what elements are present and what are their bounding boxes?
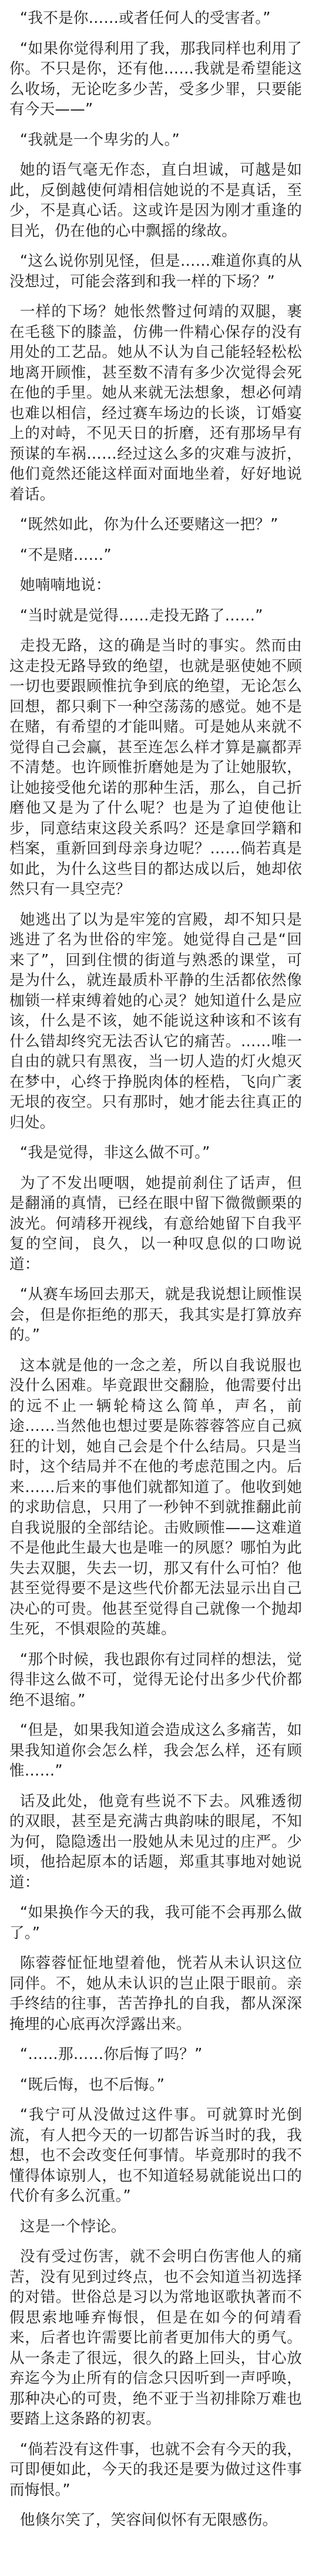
paragraph: “这么说你别见怪，但是……难道你真的从没想过，可能会落到和我一样的下场？” [9,251,302,292]
paragraph: 陈蓉蓉怔怔地望着他，恍若从未认识这位同伴。不，她从未认识的岂止限于眼前。亲手终结… [9,1953,302,2034]
paragraph: “那个时候，我也跟你有过同样的想法，觉得非这么做不可，觉得无论付出多少代价都绝不… [9,1650,302,1711]
paragraph: “既然如此，你为什么还要赌这一把？” [9,515,302,535]
paragraph: “但是，如果我知道会造成这么多痛苦，如果我知道你会怎么样，我会怎么样，还有顾惟…… [9,1720,302,1781]
reading-page: “我不是你……或者任何人的受害者。” “如果你觉得利用了我，那我同样也利用了你。… [0,0,329,2576]
paragraph: 一样的下场？她怅然瞥过何靖的双腿，裹在毛毯下的膝盖，仿佛一件精心保存的没有用处的… [9,302,302,505]
paragraph: 这是一个悖论。 [9,2217,302,2237]
paragraph: “如果你觉得利用了我，那我同样也利用了你。不只是你，还有他……我就是希望能这么收… [9,39,302,120]
paragraph: “我是觉得，非这么做不可。” [9,1143,302,1163]
paragraph: “如果换作今天的我，我可能不会再那么做了。” [9,1903,302,1943]
paragraph: 这本就是他的一念之差，所以自我说服也没什么困难。毕竟跟世交翻脸，他需要付出的远不… [9,1356,302,1640]
paragraph: 话及此处，他竟有些说不下去。风雅透彻的双眼，甚至是充满古典韵味的眼尾，不知为何，… [9,1791,302,1893]
paragraph: 为了不发出哽咽，她提前刹住了话声，但是翻涌的真情，已经在眼中留下微微颤栗的波光。… [9,1173,302,1275]
paragraph: “既后悔，也不后悔。” [9,2075,302,2095]
paragraph: 她的语气毫无作态，直白坦诚，可越是如此，反倒越使何靖相信她说的不是真话，至少，不… [9,160,302,241]
paragraph: “我不是你……或者任何人的受害者。” [9,8,302,29]
paragraph: “我就是一个卑劣的人。” [9,130,302,151]
paragraph: “倘若没有这件事，也就不会有今天的我，可即便如此，今天的我还是要为做过这件事而悔… [9,2440,302,2501]
paragraph: “从赛车场回去那天，就是我说想让顾惟误会，但是你拒绝的那天，我其实是打算放弃的。… [9,1284,302,1346]
paragraph: “当时就是觉得……走投无路了……” [9,606,302,626]
paragraph: 没有受过伤害，就不会明白伤害他人的痛苦，没有见到过终点，也不会知道当初选择的对错… [9,2247,302,2430]
paragraph: “我宁可从没做过这件事。可就算时光倒流，有人把今天的一切都告诉当时的我，我想，也… [9,2105,302,2207]
paragraph: 走投无路，这的确是当时的事实。然而由这走投无路导致的绝望，也就是驱使她不顾一切也… [9,636,302,900]
paragraph: 她逃出了以为是牢笼的宫殿，却不知只是逃进了名为世俗的牢笼。她觉得自己是“回来了”… [9,910,302,1133]
paragraph: “……那……你后悔了吗？” [9,2044,302,2065]
paragraph: 他倏尔笑了，笑容间似怀有无限感伤。 [9,2510,302,2531]
paragraph: 她喃喃地说： [9,575,302,596]
paragraph: “不是赌……” [9,545,302,566]
